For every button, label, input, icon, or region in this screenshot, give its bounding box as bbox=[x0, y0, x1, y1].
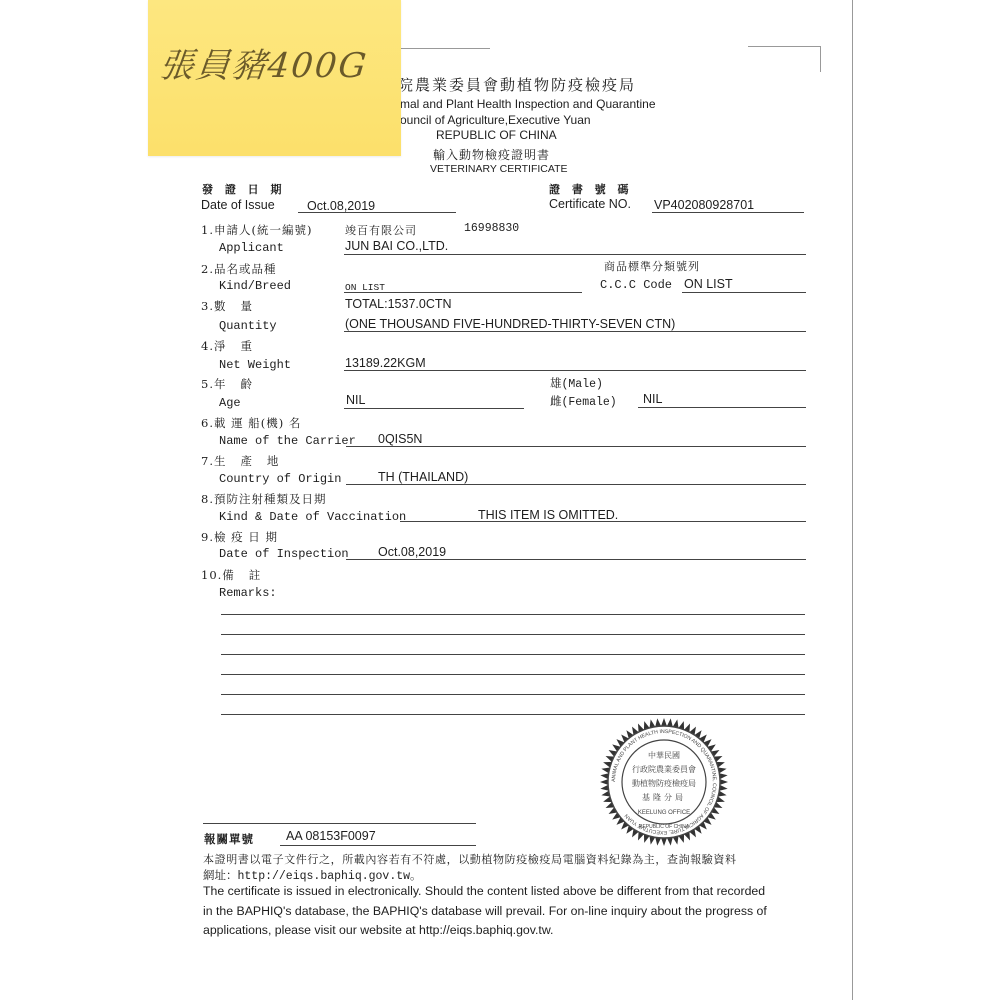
origin-label: Country of Origin bbox=[219, 472, 341, 486]
applicant-tax-id: 16998830 bbox=[464, 222, 519, 235]
customs-top-line bbox=[203, 823, 476, 824]
age-label: Age bbox=[219, 396, 241, 410]
sex-underline bbox=[638, 407, 806, 408]
header-bracket-right bbox=[748, 46, 820, 47]
agency-name-en: mal and Plant Health Inspection and Quar… bbox=[400, 97, 656, 111]
certificate-no-label-zh: 證 書 號 碼 bbox=[549, 181, 633, 197]
remarks-line bbox=[221, 714, 805, 715]
ccc-code-underline bbox=[682, 292, 806, 293]
net-weight-underline bbox=[344, 370, 806, 371]
ccc-code-label: C.C.C Code bbox=[600, 278, 672, 292]
agency-name-zh: 院農業委員會動植物防疫檢疫局 bbox=[398, 74, 636, 95]
origin-label-zh: 7.生 產 地 bbox=[201, 453, 279, 469]
notice-en-line1: The certificate is issued in electronica… bbox=[203, 884, 765, 898]
country-name-en: REPUBLIC OF CHINA bbox=[436, 128, 557, 142]
male-label: 雄(Male) bbox=[550, 375, 603, 391]
ccc-code-value: ON LIST bbox=[684, 277, 733, 291]
svg-text:中華民國: 中華民國 bbox=[648, 750, 680, 760]
certificate-title-en: VETERINARY CERTIFICATE bbox=[430, 163, 568, 175]
svg-text:KEELUNG OFFICE: KEELUNG OFFICE bbox=[638, 810, 690, 816]
certificate-no-value: VP402080928701 bbox=[654, 198, 754, 212]
net-weight-label: Net Weight bbox=[219, 358, 291, 372]
quantity-value-total: TOTAL:1537.0CTN bbox=[345, 297, 452, 311]
certificate-no-underline bbox=[652, 212, 804, 213]
applicant-label: Applicant bbox=[219, 241, 284, 255]
carrier-value: 0QIS5N bbox=[378, 432, 422, 446]
remarks-line bbox=[221, 654, 805, 655]
page-right-edge bbox=[852, 0, 853, 1000]
inspection-underline bbox=[346, 559, 806, 560]
carrier-label-zh: 6.載 運 船(機) 名 bbox=[201, 415, 301, 431]
sex-value: NIL bbox=[643, 392, 662, 406]
applicant-value-zh: 竣百有限公司 bbox=[345, 222, 417, 238]
origin-underline bbox=[346, 484, 806, 485]
vaccination-label: Kind & Date of Vaccination bbox=[219, 510, 406, 524]
kind-label: Kind/Breed bbox=[219, 279, 291, 293]
remarks-line bbox=[221, 614, 805, 615]
date-of-issue-value: Oct.08,2019 bbox=[307, 199, 375, 213]
seal-icon: ANIMAL AND PLANT HEALTH INSPECTION AND Q… bbox=[598, 716, 730, 848]
notice-zh-line1: 本證明書以電子文件行之，所載內容若有不符處，以動植物防疫檢疫局電腦資料紀錄為主，… bbox=[203, 851, 737, 867]
quantity-label: Quantity bbox=[219, 319, 277, 333]
net-weight-label-zh: 4.淨 重 bbox=[201, 338, 253, 354]
customs-no-value: AA 08153F0097 bbox=[286, 829, 376, 843]
origin-value: TH (THAILAND) bbox=[378, 470, 468, 484]
vaccination-underline bbox=[400, 521, 806, 522]
svg-text:基隆分局: 基隆分局 bbox=[642, 792, 686, 802]
applicant-label-zh: 1.申請人(統一編號) bbox=[201, 222, 312, 238]
remarks-line bbox=[221, 634, 805, 635]
sticky-note-handwriting: 張員豬400G bbox=[157, 38, 370, 87]
date-of-issue-label-zh: 發 證 日 期 bbox=[202, 181, 286, 197]
quantity-underline bbox=[344, 331, 806, 332]
ccc-code-label-zh: 商品標準分類號列 bbox=[604, 258, 700, 274]
header-bracket-left bbox=[400, 48, 490, 49]
carrier-underline bbox=[346, 446, 806, 447]
header-bracket-right-tick bbox=[820, 46, 821, 72]
remarks-line bbox=[221, 694, 805, 695]
svg-text:動植物防疫檢疫局: 動植物防疫檢疫局 bbox=[632, 778, 696, 788]
council-name-en: ouncil of Agriculture,Executive Yuan bbox=[400, 113, 591, 127]
kind-underline bbox=[344, 292, 582, 293]
net-weight-value: 13189.22KGM bbox=[345, 356, 426, 370]
certificate-no-label: Certificate NO. bbox=[549, 197, 631, 211]
svg-text:REPUBLIC OF CHINA: REPUBLIC OF CHINA bbox=[639, 824, 690, 830]
remarks-line bbox=[221, 674, 805, 675]
svg-text:行政院農業委員會: 行政院農業委員會 bbox=[632, 764, 696, 774]
applicant-underline bbox=[344, 254, 806, 255]
remarks-label-zh: 10.備 註 bbox=[201, 567, 261, 583]
notice-zh-line2: 網址：http://eiqs.baphiq.gov.tw。 bbox=[203, 867, 422, 883]
quantity-label-zh: 3.數 量 bbox=[201, 298, 253, 314]
date-of-issue-label: Date of Issue bbox=[201, 198, 275, 212]
age-label-zh: 5.年 齡 bbox=[201, 376, 253, 392]
customs-no-label: 報關單號 bbox=[204, 831, 254, 847]
vaccination-value: THIS ITEM IS OMITTED. bbox=[478, 508, 618, 522]
age-value: NIL bbox=[346, 393, 365, 407]
inspection-value: Oct.08,2019 bbox=[378, 545, 446, 559]
applicant-value: JUN BAI CO.,LTD. bbox=[345, 239, 448, 253]
quantity-value-words: (ONE THOUSAND FIVE-HUNDRED-THIRTY-SEVEN … bbox=[345, 317, 675, 331]
inspection-label: Date of Inspection bbox=[219, 547, 349, 561]
date-of-issue-underline bbox=[298, 212, 456, 213]
customs-underline bbox=[280, 845, 476, 846]
carrier-label: Name of the Carrier bbox=[219, 434, 356, 448]
inspection-label-zh: 9.檢 疫 日 期 bbox=[201, 529, 278, 545]
remarks-label: Remarks: bbox=[219, 586, 277, 600]
notice-en-line2: in the BAPHIQ's database, the BAPHIQ's d… bbox=[203, 904, 767, 918]
female-label: 雌(Female) bbox=[550, 393, 617, 409]
notice-en-line3: applications, please visit our website a… bbox=[203, 923, 553, 937]
age-underline bbox=[344, 408, 524, 409]
vaccination-label-zh: 8.預防注射種類及日期 bbox=[201, 491, 326, 507]
kind-label-zh: 2.品名或品種 bbox=[201, 261, 276, 277]
official-seal: ANIMAL AND PLANT HEALTH INSPECTION AND Q… bbox=[598, 716, 730, 848]
sticky-note: 張員豬400G bbox=[148, 0, 401, 156]
certificate-title-zh: 輸入動物檢疫證明書 bbox=[433, 146, 550, 163]
